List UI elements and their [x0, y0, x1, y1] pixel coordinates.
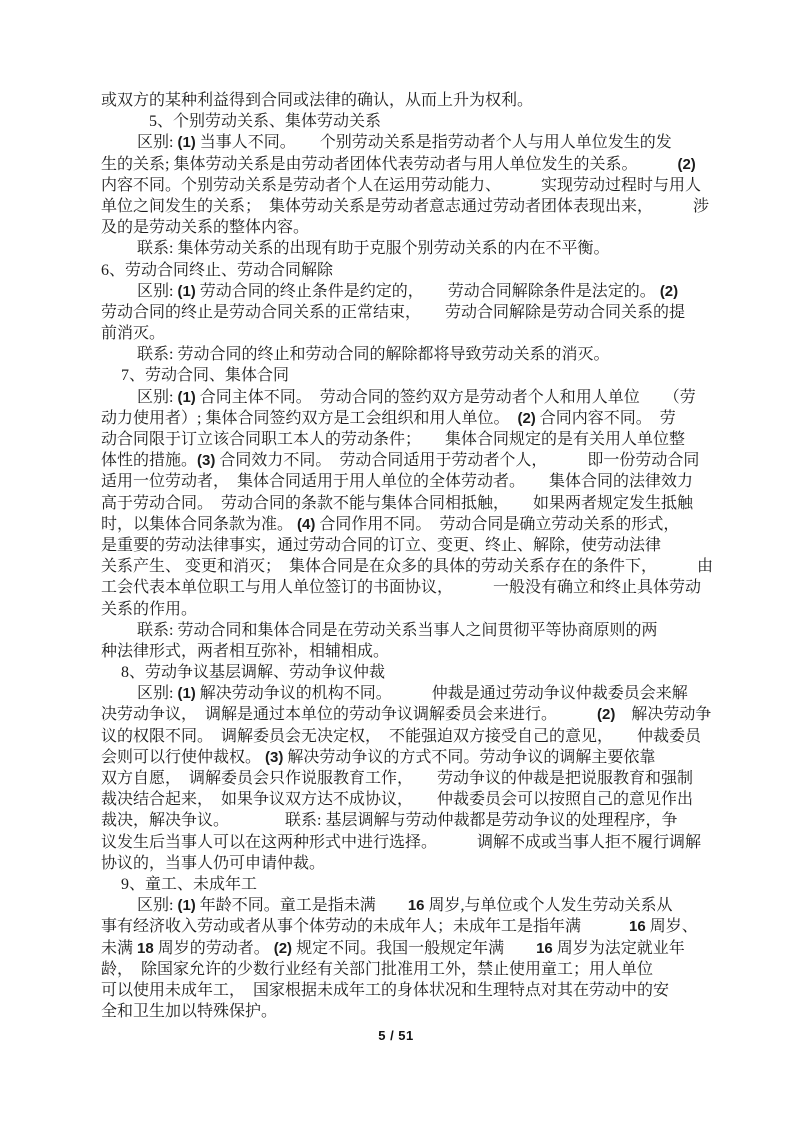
- text-line: 可以使用未成年工， 国家根据未成年工的身体状况和生理特点对其在劳动中的安: [101, 980, 701, 1001]
- document-body: 或双方的某种利益得到合同或法律的确认，从而上升为权利。 5、个别劳动关系、集体劳…: [101, 90, 701, 1022]
- text-line: 事有经济收入劳动或者从事个体劳动的未成年人；未成年工是指年满 16 周岁、: [101, 916, 701, 937]
- text-line: 种法律形式，两者相互弥补，相辅相成。: [101, 641, 701, 662]
- text-line: 区别: (1) 年龄不同。童工是指未满 16 周岁,与单位或个人发生劳动关系从: [101, 895, 701, 916]
- text-line: 或双方的某种利益得到合同或法律的确认，从而上升为权利。: [101, 90, 701, 111]
- text-line: 高于劳动合同。 劳动合同的条款不能与集体合同相抵触， 如果两者规定发生抵触: [101, 493, 701, 514]
- text-line: 单位之间发生的关系； 集体劳动关系是劳动者意志通过劳动者团体表现出来， 涉: [101, 196, 701, 217]
- text-line: 7、劳动合同、集体合同: [101, 365, 701, 386]
- text-line: 适用一位劳动者， 集体合同适用于用人单位的全体劳动者。 集体合同的法律效力: [101, 471, 701, 492]
- text-line: 5、个别劳动关系、集体劳动关系: [101, 111, 701, 132]
- text-line: 议的权限不同。 调解委员会无决定权， 不能强迫双方接受自己的意见， 仲裁委员: [101, 726, 701, 747]
- text-line: 龄， 除国家允许的少数行业经有关部门批准用工外，禁止使用童工；用人单位: [101, 959, 701, 980]
- text-line: 动力使用者）; 集体合同签约双方是工会组织和用人单位。 (2) 合同内容不同。 …: [101, 408, 701, 429]
- text-line: 劳动合同的终止是劳动合同关系的正常结束， 劳动合同解除是劳动合同关系的提: [101, 302, 701, 323]
- text-line: 内容不同。个别劳动关系是劳动者个人在运用劳动能力、 实现劳动过程时与用人: [101, 175, 701, 196]
- text-line: 体性的措施。(3) 合同效力不同。 劳动合同适用于劳动者个人， 即一份劳动合同: [101, 450, 701, 471]
- text-line: 区别: (1) 合同主体不同。 劳动合同的签约双方是劳动者个人和用人单位 （劳: [101, 387, 701, 408]
- text-line: 6、劳动合同终止、劳动合同解除: [101, 260, 701, 281]
- text-line: 关系产生、 变更和消灭； 集体合同是在众多的具体的劳动关系存在的条件下， 由: [101, 556, 701, 577]
- text-line: 时，以集体合同条款为准。 (4) 合同作用不同。 劳动合同是确立劳动关系的形式，: [101, 514, 701, 535]
- text-line: 联系: 劳动合同的终止和劳动合同的解除都将导致劳动关系的消灭。: [101, 344, 701, 365]
- text-line: 裁决结合起来， 如果争议双方达不成协议， 仲裁委员会可以按照自己的意见作出: [101, 789, 701, 810]
- text-line: 协议的，当事人仍可申请仲裁。: [101, 853, 701, 874]
- text-line: 决劳动争议， 调解是通过本单位的劳动争议调解委员会来进行。 (2) 解决劳动争: [101, 704, 701, 725]
- text-line: 是重要的劳动法律事实，通过劳动合同的订立、变更、终止、解除，使劳动法律: [101, 535, 701, 556]
- text-line: 前消灭。: [101, 323, 701, 344]
- text-line: 会则可以行使仲裁权。 (3) 解决劳动争议的方式不同。劳动争议的调解主要依靠: [101, 747, 701, 768]
- text-line: 及的是劳动关系的整体内容。: [101, 217, 701, 238]
- text-line: 动合同限于订立该合同职工本人的劳动条件； 集体合同规定的是有关用人单位整: [101, 429, 701, 450]
- text-line: 关系的作用。: [101, 599, 701, 620]
- text-line: 9、童工、未成年工: [101, 874, 701, 895]
- text-line: 联系: 劳动合同和集体合同是在劳动关系当事人之间贯彻平等协商原则的两: [101, 620, 701, 641]
- document-page: 或双方的某种利益得到合同或法律的确认，从而上升为权利。 5、个别劳动关系、集体劳…: [0, 0, 792, 1122]
- text-line: 未满 18 周岁的劳动者。 (2) 规定不同。我国一般规定年满 16 周岁为法定…: [101, 938, 701, 959]
- text-line: 区别: (1) 解决劳动争议的机构不同。 仲裁是通过劳动争议仲裁委员会来解: [101, 683, 701, 704]
- text-line: 双方自愿， 调解委员会只作说服教育工作， 劳动争议的仲裁是把说服教育和强制: [101, 768, 701, 789]
- page-number: 5 / 51: [0, 1028, 792, 1043]
- text-line: 8、劳动争议基层调解、劳动争议仲裁: [101, 662, 701, 683]
- text-line: 工会代表本单位职工与用人单位签订的书面协议， 一般没有确立和终止具体劳动: [101, 577, 701, 598]
- text-line: 全和卫生加以特殊保护。: [101, 1001, 701, 1022]
- text-line: 生的关系; 集体劳动关系是由劳动者团体代表劳动者与用人单位发生的关系。 (2): [101, 154, 701, 175]
- text-line: 区别: (1) 劳动合同的终止条件是约定的， 劳动合同解除条件是法定的。 (2): [101, 281, 701, 302]
- text-line: 联系: 集体劳动关系的出现有助于克服个别劳动关系的内在不平衡。: [101, 238, 701, 259]
- text-line: 议发生后当事人可以在这两种形式中进行选择。 调解不成或当事人拒不履行调解: [101, 832, 701, 853]
- text-line: 区别: (1) 当事人不同。 个别劳动关系是指劳动者个人与用人单位发生的发: [101, 132, 701, 153]
- text-line: 裁决，解决争议。 联系: 基层调解与劳动仲裁都是劳动争议的处理程序，争: [101, 810, 701, 831]
